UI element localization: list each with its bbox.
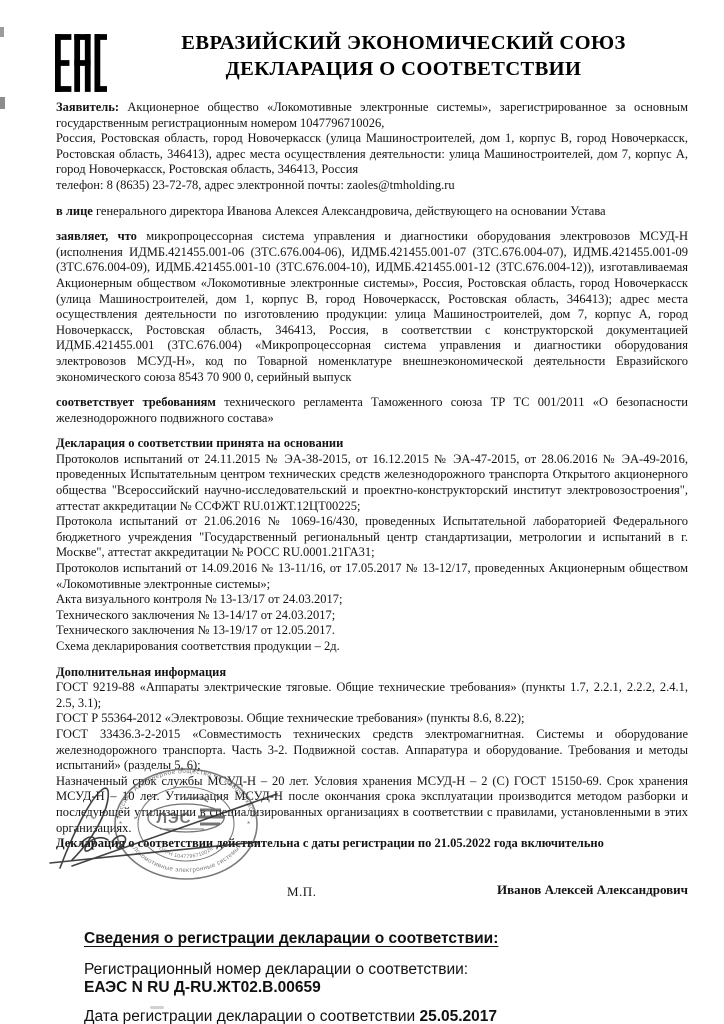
signature-row: М.П. Иванов Алексей Александрович bbox=[56, 858, 688, 916]
registration-date-label: Дата регистрации декларации о соответств… bbox=[84, 1008, 419, 1024]
basis-item: Технического заключения № 13-19/17 от 12… bbox=[56, 623, 688, 639]
additional-item: Назначенный срок службы МСУД-Н – 20 лет.… bbox=[56, 774, 688, 836]
director-text: генерального директора Иванова Алексея А… bbox=[96, 204, 606, 218]
basis-item: Схема декларирования соответствия продук… bbox=[56, 639, 688, 655]
applicant-contacts: телефон: 8 (8635) 23-72-78, адрес электр… bbox=[56, 178, 455, 192]
additional-item: ГОСТ Р 55364-2012 «Электровозы. Общие те… bbox=[56, 711, 688, 727]
additional-item: ГОСТ 9219-88 «Аппараты электрические тяг… bbox=[56, 680, 688, 711]
declares-label: заявляет, что bbox=[56, 229, 146, 243]
registration-number-value: ЕАЭС N RU Д-RU.ЖТ02.В.00659 bbox=[84, 979, 321, 996]
applicant-text: Акционерное общество «Локомотивные элект… bbox=[56, 100, 688, 130]
signatory-name: Иванов Алексей Александрович bbox=[497, 882, 688, 898]
basis-item: Акта визуального контроля № 13-13/17 от … bbox=[56, 592, 688, 608]
additional-info-section: Дополнительная информация ГОСТ 9219-88 «… bbox=[56, 665, 688, 852]
declares-paragraph: заявляет, что микропроцессорная система … bbox=[56, 229, 688, 385]
additional-heading: Дополнительная информация bbox=[56, 665, 688, 681]
validity-statement: Декларация о соответствии действительна … bbox=[56, 836, 688, 852]
registration-heading: Сведения о регистрации декларации о соот… bbox=[84, 930, 688, 948]
director-paragraph: в лице генерального директора Иванова Ал… bbox=[56, 204, 688, 220]
declares-text: микропроцессорная система управления и д… bbox=[56, 229, 688, 383]
director-label: в лице bbox=[56, 204, 96, 218]
applicant-label: Заявитель: bbox=[56, 100, 127, 114]
declaration-page: ЕВРАЗИЙСКИЙ ЭКОНОМИЧЕСКИЙ СОЮЗ ДЕКЛАРАЦИ… bbox=[0, 0, 724, 1024]
title-line1: ЕВРАЗИЙСКИЙ ЭКОНОМИЧЕСКИЙ СОЮЗ bbox=[119, 30, 688, 56]
seal-placeholder-label: М.П. bbox=[287, 884, 316, 900]
page-title: ЕВРАЗИЙСКИЙ ЭКОНОМИЧЕСКИЙ СОЮЗ ДЕКЛАРАЦИ… bbox=[107, 30, 688, 82]
applicant-paragraph: Заявитель: Акционерное общество «Локомот… bbox=[56, 100, 688, 194]
registration-section: Сведения о регистрации декларации о соот… bbox=[84, 930, 688, 1024]
registration-date-line: Дата регистрации декларации о соответств… bbox=[84, 1008, 688, 1024]
conforms-paragraph: соответствует требованиям технического р… bbox=[56, 395, 688, 426]
scan-artifact bbox=[0, 97, 5, 109]
document-body: Заявитель: Акционерное общество «Локомот… bbox=[56, 100, 688, 916]
basis-item: Протоколов испытаний от 24.11.2015 № ЭА-… bbox=[56, 452, 688, 514]
conforms-label: соответствует требованиям bbox=[56, 395, 224, 409]
title-line2: ДЕКЛАРАЦИЯ О СООТВЕТСТВИИ bbox=[119, 56, 688, 82]
eac-logo-icon bbox=[55, 33, 107, 93]
basis-heading: Декларация о соответствии принята на осн… bbox=[56, 436, 688, 452]
basis-item: Протоколов испытаний от 14.09.2016 № 13-… bbox=[56, 561, 688, 592]
basis-section: Декларация о соответствии принята на осн… bbox=[56, 436, 688, 654]
applicant-address: Россия, Ростовская область, город Новоче… bbox=[56, 131, 688, 176]
additional-item: ГОСТ 33436.3-2-2015 «Совместимость техни… bbox=[56, 727, 688, 774]
basis-item: Технического заключения № 13-14/17 от 24… bbox=[56, 608, 688, 624]
basis-item: Протокола испытаний от 21.06.2016 № 1069… bbox=[56, 514, 688, 561]
registration-date-value: 25.05.2017 bbox=[419, 1008, 497, 1024]
registration-number-label: Регистрационный номер декларации о соотв… bbox=[84, 961, 468, 978]
registration-number-line: Регистрационный номер декларации о соотв… bbox=[84, 961, 688, 997]
header: ЕВРАЗИЙСКИЙ ЭКОНОМИЧЕСКИЙ СОЮЗ ДЕКЛАРАЦИ… bbox=[0, 0, 724, 93]
